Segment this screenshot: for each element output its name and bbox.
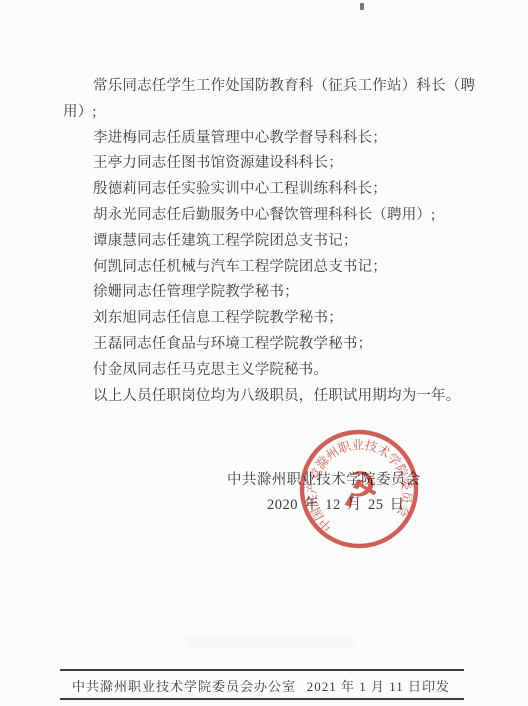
footer-bottom-rule xyxy=(60,698,464,700)
body-line: 用）; xyxy=(63,100,475,126)
body-line: 胡永光同志任后勤服务中心餐饮管理科科长（聘用）; xyxy=(63,203,475,229)
scan-artifact-smudge xyxy=(185,636,355,648)
footer-top-rule xyxy=(60,669,464,671)
body-line: 以上人员任职岗位均为八级职员，任职试用期均为一年。 xyxy=(63,384,475,410)
footer-issuing-office: 中共滁州职业技术学院委员会办公室 xyxy=(72,676,296,695)
body-line: 何凯同志任机械与汽车工程学院团总支书记； xyxy=(63,255,475,281)
scan-artifact-speck xyxy=(360,3,364,10)
scanned-document-page: 常乐同志任学生工作处国防教育科（征兵工作站）科长（聘 用）; 李进梅同志任质量管… xyxy=(0,0,528,706)
footer-print-date: 2021 年 1 月 11 日印发 xyxy=(307,676,450,695)
hammer-and-sickle-icon: ☭ xyxy=(334,459,384,519)
body-line: 刘东旭同志任信息工程学院教学秘书； xyxy=(63,306,475,332)
body-line: 谭康慧同志任建筑工程学院团总支书记； xyxy=(63,229,475,255)
body-line: 王亭力同志任图书馆资源建设科科长； xyxy=(63,151,475,177)
body-line: 徐姗同志任管理学院教学秘书； xyxy=(63,280,475,306)
official-seal: 中国共产党滁州职业技术学院委员会 ☭ xyxy=(298,428,420,550)
body-line: 殷德莉同志任实验实训中心工程训练科科长； xyxy=(63,177,475,203)
body-line: 常乐同志任学生工作处国防教育科（征兵工作站）科长（聘 xyxy=(63,74,475,100)
document-body: 常乐同志任学生工作处国防教育科（征兵工作站）科长（聘 用）; 李进梅同志任质量管… xyxy=(63,74,475,409)
body-line: 王磊同志任食品与环境工程学院教学秘书； xyxy=(63,332,475,358)
body-line: 付金凤同志任马克思主义学院秘书。 xyxy=(63,358,475,384)
body-line: 李进梅同志任质量管理中心教学督导科科长； xyxy=(63,126,475,152)
seal-graphic: 中国共产党滁州职业技术学院委员会 ☭ xyxy=(298,428,420,550)
